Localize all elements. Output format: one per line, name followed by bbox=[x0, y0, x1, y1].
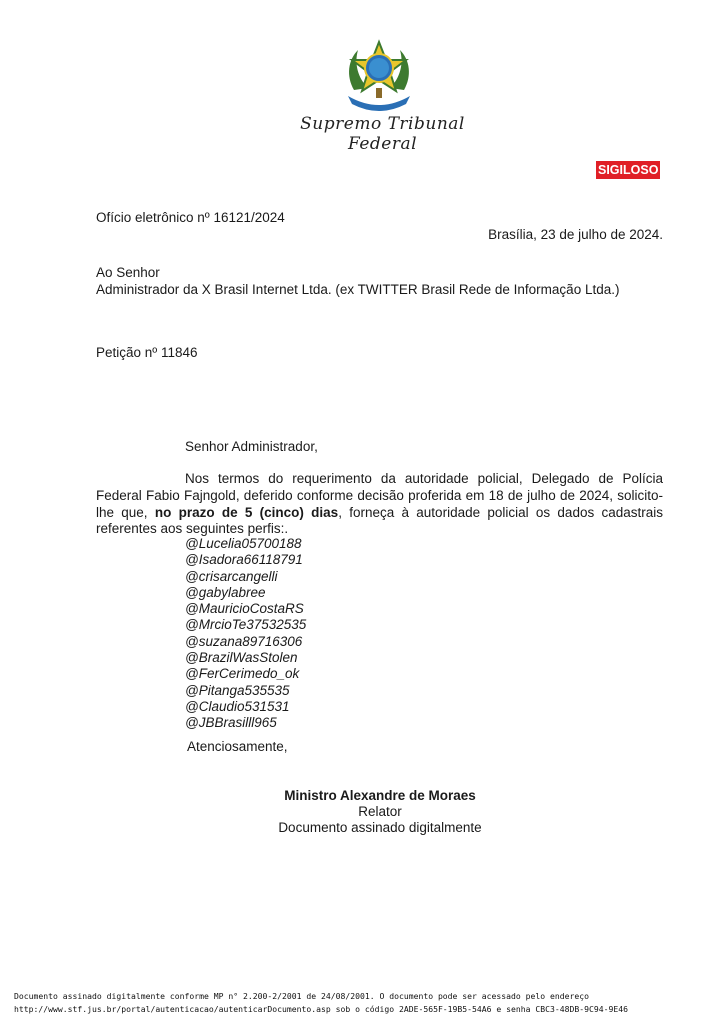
list-item: @gabylabree bbox=[185, 585, 306, 601]
list-item: @MauricioCostaRS bbox=[185, 601, 306, 617]
recipient-name: Administrador da X Brasil Internet Ltda.… bbox=[96, 282, 619, 297]
deadline-text: no prazo de 5 (cinco) dias bbox=[155, 505, 338, 520]
court-name: Supremo Tribunal Federal bbox=[270, 114, 495, 154]
signature-block: Ministro Alexandre de Moraes Relator Doc… bbox=[230, 788, 530, 836]
signature-note: Documento assinado digitalmente bbox=[230, 820, 530, 836]
list-item: @Claudio531531 bbox=[185, 699, 306, 715]
authentication-footer: Documento assinado digitalmente conforme… bbox=[14, 990, 628, 1016]
list-item: @MrcioTe37532535 bbox=[185, 617, 306, 633]
list-item: @FerCerimedo_ok bbox=[185, 666, 306, 682]
place-date: Brasília, 23 de julho de 2024. bbox=[488, 227, 663, 242]
greeting: Senhor Administrador, bbox=[185, 439, 318, 454]
list-item: @JBBrasilll965 bbox=[185, 715, 306, 731]
signer-role: Relator bbox=[230, 804, 530, 820]
list-item: @Pitanga535535 bbox=[185, 683, 306, 699]
list-item: @Lucelia05700188 bbox=[185, 536, 306, 552]
list-item: @BrazilWasStolen bbox=[185, 650, 306, 666]
profile-list: @Lucelia05700188 @Isadora66118791 @crisa… bbox=[185, 536, 306, 732]
closing: Atenciosamente, bbox=[187, 739, 288, 754]
body-paragraph: Nos termos do requerimento da autoridade… bbox=[96, 471, 663, 538]
brazil-coat-of-arms-icon bbox=[340, 38, 418, 116]
list-item: @suzana89716306 bbox=[185, 634, 306, 650]
list-item: @crisarcangelli bbox=[185, 569, 306, 585]
recipient-salutation: Ao Senhor bbox=[96, 265, 160, 280]
petition-number: Petição nº 11846 bbox=[96, 345, 198, 360]
document-reference: Ofício eletrônico nº 16121/2024 bbox=[96, 210, 285, 225]
footer-line-1: Documento assinado digitalmente conforme… bbox=[14, 990, 628, 1003]
footer-line-2: http://www.stf.jus.br/portal/autenticaca… bbox=[14, 1003, 628, 1016]
signer-name: Ministro Alexandre de Moraes bbox=[230, 788, 530, 804]
classification-badge: SIGILOSO bbox=[596, 161, 660, 179]
list-item: @Isadora66118791 bbox=[185, 552, 306, 568]
